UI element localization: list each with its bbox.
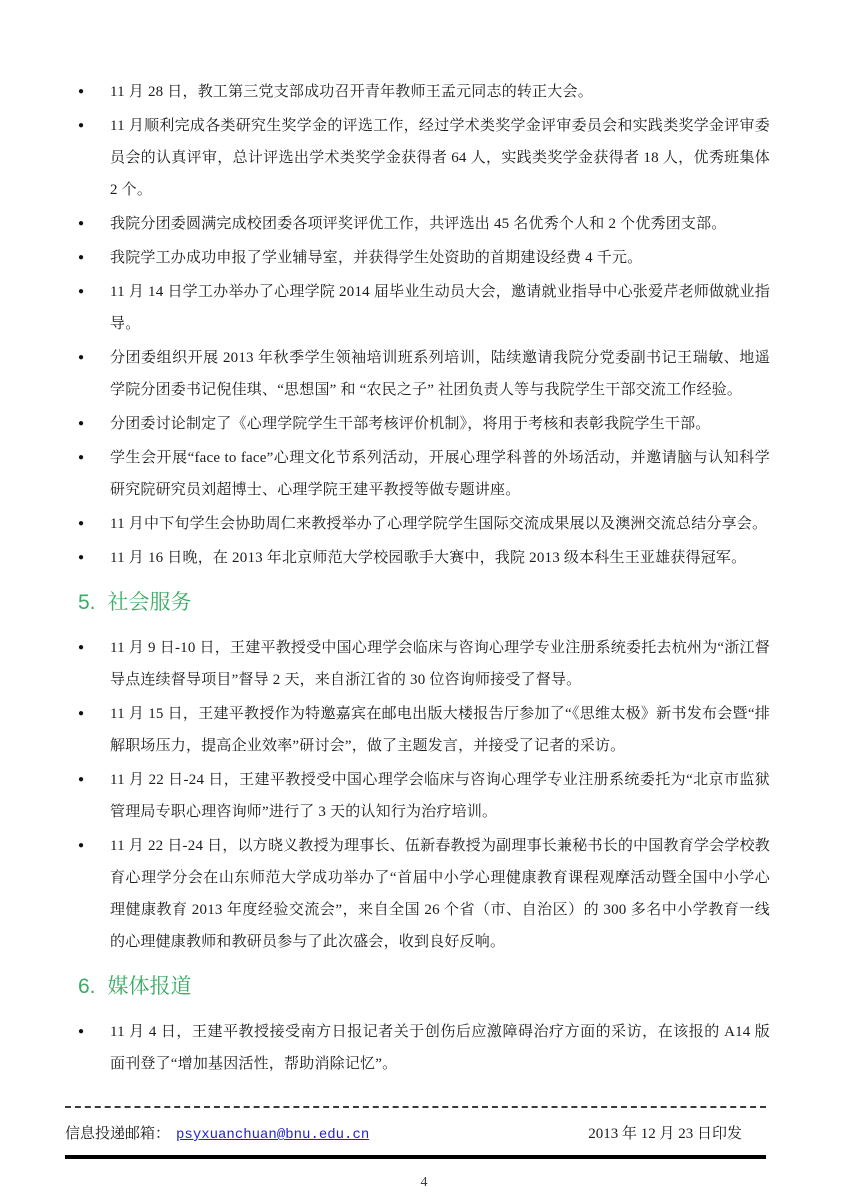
bullet-item: ● 11 月 15 日，王建平教授作为特邀嘉宾在邮电出版大楼报告厅参加了“《思维… xyxy=(78,698,770,762)
bullet-item: ● 11 月 16 日晚，在 2013 年北京师范大学校园歌手大赛中，我院 20… xyxy=(78,542,770,574)
bullet-text: 11 月 9 日-10 日，王建平教授受中国心理学会临床与咨询心理学专业注册系统… xyxy=(110,632,770,696)
document-content: ● 11 月 28 日，教工第三党支部成功召开青年教师王孟元同志的转正大会。 ●… xyxy=(0,0,849,1191)
bullet-item: ● 分团委讨论制定了《心理学院学生干部考核评价机制》，将用于考核和表彰我院学生干… xyxy=(78,408,770,440)
email-link[interactable]: psyxuanchuan@bnu.edu.cn xyxy=(176,1121,369,1149)
bullet-item: ● 11 月顺利完成各类研究生奖学金的评选工作，经过学术类奖学金评审委员会和实践… xyxy=(78,110,770,206)
bullet-item: ● 11 月 4 日，王建平教授接受南方日报记者关于创伤后应激障碍治疗方面的采访… xyxy=(78,1016,770,1080)
bullet-text: 11 月 16 日晚，在 2013 年北京师范大学校园歌手大赛中，我院 2013… xyxy=(110,542,770,574)
social-services-bullet-list: ● 11 月 9 日-10 日，王建平教授受中国心理学会临床与咨询心理学专业注册… xyxy=(78,632,770,958)
bullet-icon: ● xyxy=(78,698,110,730)
bullet-text: 11 月 14 日学工办举办了心理学院 2014 届毕业生动员大会，邀请就业指导… xyxy=(110,276,770,340)
bullet-icon: ● xyxy=(78,764,110,796)
bullet-text: 11 月 22 日-24 日，王建平教授受中国心理学会临床与咨询心理学专业注册系… xyxy=(110,764,770,828)
bullet-item: ● 11 月中下旬学生会协助周仁来教授举办了心理学院学生国际交流成果展以及澳洲交… xyxy=(78,508,770,540)
bullet-icon: ● xyxy=(78,342,110,374)
bullet-item: ● 11 月 22 日-24 日，王建平教授受中国心理学会临床与咨询心理学专业注… xyxy=(78,764,770,828)
section-number: 6. xyxy=(78,975,96,998)
bullet-icon: ● xyxy=(78,632,110,664)
bullet-icon: ● xyxy=(78,1016,110,1048)
bullet-item: ● 11 月 22 日-24 日，以方晓义教授为理事长、伍新春教授为副理事长兼秘… xyxy=(78,830,770,958)
section-number: 5. xyxy=(78,591,96,614)
intro-bullet-list: ● 11 月 28 日，教工第三党支部成功召开青年教师王孟元同志的转正大会。 ●… xyxy=(78,76,770,574)
bullet-item: ● 11 月 9 日-10 日，王建平教授受中国心理学会临床与咨询心理学专业注册… xyxy=(78,632,770,696)
bullet-text: 我院学工办成功申报了学业辅导室，并获得学生处资助的首期建设经费 4 千元。 xyxy=(110,242,770,274)
email-label: 信息投递邮箱： xyxy=(65,1120,170,1148)
bullet-item: ● 学生会开展“face to face”心理文化节系列活动，开展心理学科普的外… xyxy=(78,442,770,506)
bullet-text: 分团委组织开展 2013 年秋季学生领袖培训班系列培训，陆续邀请我院分党委副书记… xyxy=(110,342,770,406)
document-page: ● 11 月 28 日，教工第三党支部成功召开青年教师王孟元同志的转正大会。 ●… xyxy=(0,0,849,1200)
bullet-text: 我院分团委圆满完成校团委各项评奖评优工作，共评选出 45 名优秀个人和 2 个优… xyxy=(110,208,770,240)
thick-divider xyxy=(65,1155,766,1159)
bullet-text: 11 月 28 日，教工第三党支部成功召开青年教师王孟元同志的转正大会。 xyxy=(110,76,770,108)
footer-row: 信息投递邮箱： psyxuanchuan@bnu.edu.cn 2013 年 1… xyxy=(65,1120,766,1149)
section-heading-social-services: 5.社会服务 xyxy=(78,588,770,618)
bullet-item: ● 11 月 14 日学工办举办了心理学院 2014 届毕业生动员大会，邀请就业… xyxy=(78,276,770,340)
bullet-icon: ● xyxy=(78,542,110,574)
section-heading-media-coverage: 6.媒体报道 xyxy=(78,972,770,1002)
print-date: 2013 年 12 月 23 日印发 xyxy=(588,1120,742,1148)
bullet-item: ● 分团委组织开展 2013 年秋季学生领袖培训班系列培训，陆续邀请我院分党委副… xyxy=(78,342,770,406)
bullet-icon: ● xyxy=(78,408,110,440)
bullet-icon: ● xyxy=(78,830,110,862)
bullet-icon: ● xyxy=(78,276,110,308)
bullet-text: 11 月 4 日，王建平教授接受南方日报记者关于创伤后应激障碍治疗方面的采访，在… xyxy=(110,1016,770,1080)
bullet-text: 11 月 22 日-24 日，以方晓义教授为理事长、伍新春教授为副理事长兼秘书长… xyxy=(110,830,770,958)
section-title: 媒体报道 xyxy=(108,975,192,998)
bullet-item: ● 我院学工办成功申报了学业辅导室，并获得学生处资助的首期建设经费 4 千元。 xyxy=(78,242,770,274)
bullet-icon: ● xyxy=(78,76,110,108)
bullet-text: 分团委讨论制定了《心理学院学生干部考核评价机制》，将用于考核和表彰我院学生干部。 xyxy=(110,408,770,440)
bullet-text: 11 月顺利完成各类研究生奖学金的评选工作，经过学术类奖学金评审委员会和实践类奖… xyxy=(110,110,770,206)
bullet-icon: ● xyxy=(78,508,110,540)
dashed-divider xyxy=(65,1106,766,1108)
page-number: 4 xyxy=(78,1175,770,1191)
bullet-item: ● 11 月 28 日，教工第三党支部成功召开青年教师王孟元同志的转正大会。 xyxy=(78,76,770,108)
bullet-text: 11 月中下旬学生会协助周仁来教授举办了心理学院学生国际交流成果展以及澳洲交流总… xyxy=(110,508,770,540)
footer: 信息投递邮箱： psyxuanchuan@bnu.edu.cn 2013 年 1… xyxy=(65,1106,766,1159)
media-coverage-bullet-list: ● 11 月 4 日，王建平教授接受南方日报记者关于创伤后应激障碍治疗方面的采访… xyxy=(78,1016,770,1080)
bullet-text: 学生会开展“face to face”心理文化节系列活动，开展心理学科普的外场活… xyxy=(110,442,770,506)
section-title: 社会服务 xyxy=(108,591,192,614)
footer-email: 信息投递邮箱： psyxuanchuan@bnu.edu.cn xyxy=(65,1120,369,1149)
bullet-icon: ● xyxy=(78,208,110,240)
bullet-icon: ● xyxy=(78,442,110,474)
bullet-item: ● 我院分团委圆满完成校团委各项评奖评优工作，共评选出 45 名优秀个人和 2 … xyxy=(78,208,770,240)
bullet-text: 11 月 15 日，王建平教授作为特邀嘉宾在邮电出版大楼报告厅参加了“《思维太极… xyxy=(110,698,770,762)
bullet-icon: ● xyxy=(78,242,110,274)
bullet-icon: ● xyxy=(78,110,110,142)
